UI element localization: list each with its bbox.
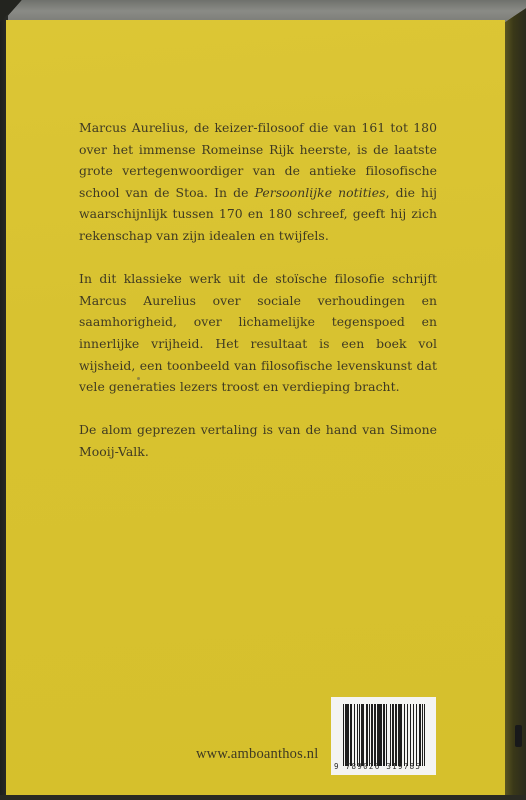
back-cover-blurb: Marcus Aurelius, de keizer-filosoof die … bbox=[79, 117, 437, 484]
book-top-page-edge bbox=[0, 0, 526, 22]
blurb-paragraph-2: In dit klassieke werk uit de stoïsche fi… bbox=[79, 268, 437, 398]
book-bottom-edge bbox=[0, 795, 526, 800]
book-title-italic: Persoonlijke notities bbox=[255, 185, 386, 200]
blurb-paragraph-3: De alom geprezen vertaling is van de han… bbox=[79, 419, 437, 462]
isbn-barcode: 9 789026 319785 bbox=[331, 697, 436, 775]
print-speck bbox=[137, 377, 140, 380]
blurb-paragraph-1: Marcus Aurelius, de keizer-filosoof die … bbox=[79, 117, 437, 247]
publisher-website: www.amboanthos.nl bbox=[196, 746, 318, 763]
book-spine bbox=[505, 8, 526, 800]
book-photo: Marcus Aurelius, de keizer-filosoof die … bbox=[0, 0, 526, 800]
barcode-bars bbox=[343, 704, 425, 766]
barcode-digits: 9 789026 319785 bbox=[334, 762, 434, 771]
barcode-module bbox=[424, 704, 425, 766]
spine-mark bbox=[515, 725, 522, 747]
